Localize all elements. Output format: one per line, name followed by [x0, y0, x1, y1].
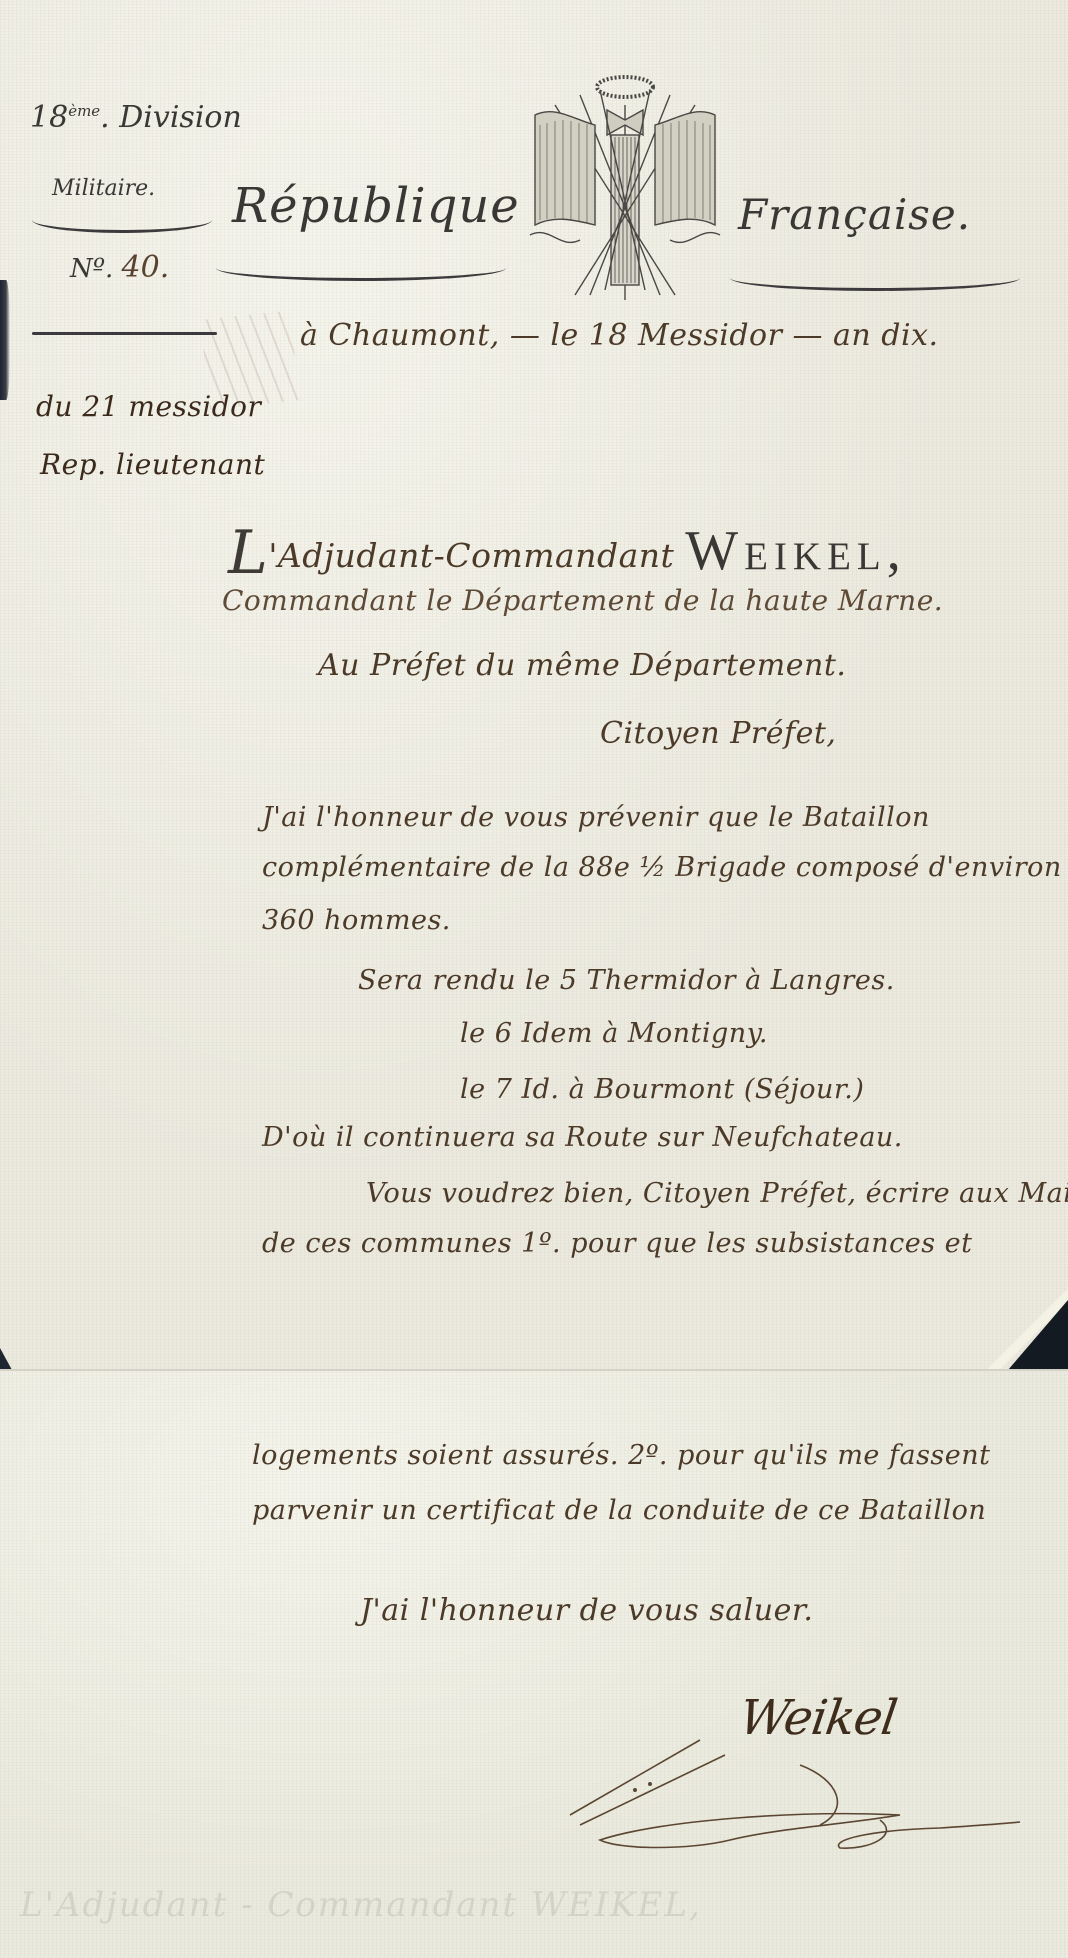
closing-line: J'ai l'honneur de vous saluer. — [360, 1593, 813, 1628]
numero-label: Nº. — [70, 254, 113, 284]
scan-seam — [0, 1369, 1068, 1371]
body-line: J'ai l'honneur de vous prévenir que le B… — [262, 802, 930, 833]
militaire-label: Militaire. — [52, 176, 155, 201]
numero-value: 40. — [122, 250, 170, 285]
division-suffix: ème — [68, 102, 100, 120]
republic-emblem-icon — [525, 65, 725, 305]
francaise-heading: Française. — [738, 190, 971, 239]
republique-heading: République — [232, 178, 520, 234]
continuation-line: logements soient assurés. 2º. pour qu'il… — [252, 1440, 991, 1471]
body-line: de ces communes 1º. pour que les subsist… — [262, 1228, 972, 1259]
body-line: D'où il continuera sa Route sur Neufchat… — [262, 1122, 903, 1153]
division-label: . Division — [100, 100, 242, 135]
division-number: 18 — [30, 100, 68, 135]
body-line-itinerary: le 7 Id. à Bourmont (Séjour.) — [460, 1074, 864, 1105]
scan-shadow-left — [0, 280, 10, 400]
continuation-line: parvenir un certificat de la conduite de… — [252, 1495, 986, 1526]
margin-note-date: du 21 messidor — [36, 390, 261, 423]
body-line: Vous voudrez bien, Citoyen Préfet, écrir… — [366, 1178, 1068, 1209]
bleed-through-text: L'Adjudant - Commandant WEIKEL, — [20, 1885, 702, 1925]
salutation: Citoyen Préfet, — [600, 716, 836, 751]
sender-name: Weikel, — [685, 520, 906, 582]
sender-rank: 'Adjudant-Commandant — [268, 536, 674, 575]
sender-line: L'Adjudant-Commandant Weikel, — [228, 518, 907, 588]
recipient-line: Au Préfet du même Département. — [318, 648, 846, 683]
divider-rule-left — [32, 332, 217, 335]
body-line: complémentaire de la 88e ½ Brigade compo… — [262, 852, 1062, 883]
body-line: 360 hommes. — [262, 905, 451, 936]
sender-title: Commandant le Département de la haute Ma… — [222, 584, 943, 617]
place-and-date: à Chaumont, — le 18 Messidor — an dix. — [300, 318, 939, 353]
margin-note-reference: Rep. lieutenant — [40, 448, 265, 481]
scan-shadow-bottom-left — [0, 1348, 12, 1370]
letter-number: Nº. 40. — [70, 250, 169, 285]
signature: Weikel — [736, 1690, 900, 1746]
division-heading: 18ème. Division — [30, 100, 242, 135]
sender-initial: L — [228, 518, 268, 588]
body-line-itinerary: le 6 Idem à Montigny. — [460, 1018, 768, 1049]
body-line-itinerary: Sera rendu le 5 Thermidor à Langres. — [358, 965, 895, 996]
